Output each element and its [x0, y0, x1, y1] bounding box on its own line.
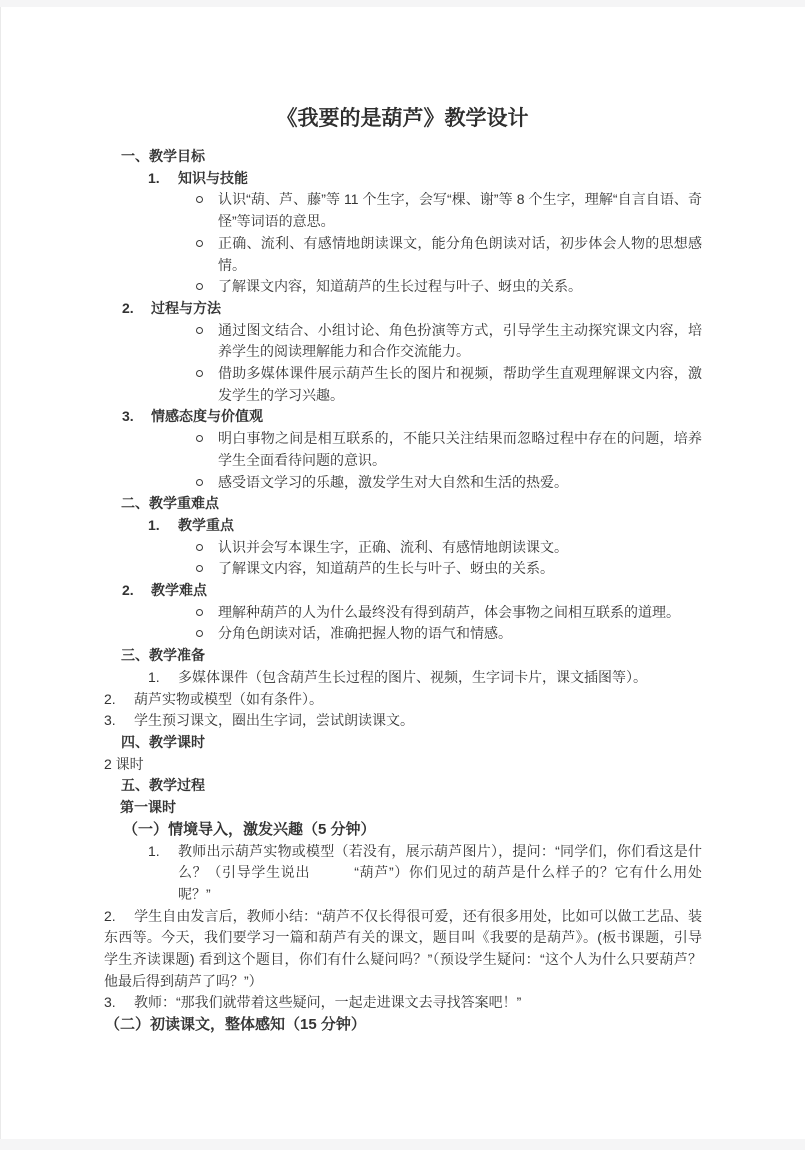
- doc-line: 认识“葫、芦、藤”等 11 个生字，会写“棵、谢”等 8 个生字，理解“自言自语…: [103, 189, 702, 232]
- list-number: 1.: [148, 667, 178, 689]
- doc-line: 明白事物之间是相互联系的，不能只关注结果而忽略过程中存在的问题，培养学生全面看待…: [103, 428, 702, 471]
- doc-line: 了解课文内容，知道葫芦的生长过程与叶子、蚜虫的关系。: [103, 276, 702, 298]
- list-number: 3.: [104, 992, 134, 1014]
- line-text: 认识“葫、芦、藤”等 11 个生字，会写“棵、谢”等 8 个生字，理解“自言自语…: [218, 189, 702, 232]
- bullet-circle-icon: [196, 602, 218, 616]
- bullet-circle-icon: [196, 472, 218, 486]
- doc-line: 3.教师：“那我们就带着这些疑问，一起走进课文去寻找答案吧！”: [103, 992, 702, 1014]
- doc-line: （一）情境导入，激发兴趣（5 分钟）: [103, 819, 702, 841]
- page-title: 《我要的是葫芦》教学设计: [103, 104, 702, 134]
- list-number: 1.: [148, 841, 178, 863]
- doc-line: 正确、流利、有感情地朗读课文，能分角色朗读对话，初步体会人物的思想感情。: [103, 233, 702, 276]
- line-text: 了解课文内容，知道葫芦的生长与叶子、蚜虫的关系。: [218, 558, 702, 580]
- line-text: 明白事物之间是相互联系的，不能只关注结果而忽略过程中存在的问题，培养学生全面看待…: [218, 428, 702, 471]
- doc-line: 五、教学过程: [103, 775, 702, 797]
- line-text: 理解种葫芦的人为什么最终没有得到葫芦，体会事物之间相互联系的道理。: [218, 602, 702, 624]
- line-text: 教师：“那我们就带着这些疑问，一起走进课文去寻找答案吧！”: [134, 994, 521, 1010]
- doc-line: 了解课文内容，知道葫芦的生长与叶子、蚜虫的关系。: [103, 558, 702, 580]
- doc-line: 1.知识与技能: [103, 168, 702, 190]
- line-text: 通过图文结合、小组讨论、角色扮演等方式，引导学生主动探究课文内容，培养学生的阅读…: [218, 320, 702, 363]
- doc-line: 1.教学重点: [103, 515, 702, 537]
- doc-line: 通过图文结合、小组讨论、角色扮演等方式，引导学生主动探究课文内容，培养学生的阅读…: [103, 320, 702, 363]
- doc-line: 2.葫芦实物或模型（如有条件）。: [103, 689, 702, 711]
- bullet-circle-icon: [196, 623, 218, 637]
- list-number: 2.: [122, 298, 151, 320]
- bullet-circle-icon: [196, 233, 218, 247]
- line-text: 了解课文内容，知道葫芦的生长过程与叶子、蚜虫的关系。: [218, 276, 702, 298]
- line-text: 分角色朗读对话，准确把握人物的语气和情感。: [218, 623, 702, 645]
- line-text: 学生自由发言后，教师小结：“葫芦不仅长得很可爱，还有很多用处，比如可以做工艺品、…: [104, 908, 702, 989]
- bullet-circle-icon: [196, 537, 218, 551]
- bullet-circle-icon: [196, 320, 218, 334]
- line-text: 多媒体课件（包含葫芦生长过程的图片、视频，生字词卡片，课文插图等）。: [178, 667, 702, 689]
- line-text: 认识并会写本课生字，正确、流利、有感情地朗读课文。: [218, 537, 702, 559]
- doc-line: 2 课时: [103, 754, 702, 776]
- line-text: 教师出示葫芦实物或模型（若没有，展示葫芦图片），提问：“同学们，你们看这是什么？…: [178, 841, 702, 906]
- doc-line: （二）初读课文，整体感知（15 分钟）: [103, 1014, 702, 1036]
- doc-line: 借助多媒体课件展示葫芦生长的图片和视频，帮助学生直观理解课文内容，激发学生的学习…: [103, 363, 702, 406]
- line-text: 葫芦实物或模型（如有条件）。: [134, 691, 323, 707]
- bullet-circle-icon: [196, 276, 218, 290]
- line-text: 教学重点: [178, 515, 702, 537]
- list-number: 2.: [122, 580, 151, 602]
- list-number: 1.: [148, 168, 178, 190]
- doc-line: 2.过程与方法: [103, 298, 702, 320]
- list-number: 2.: [104, 689, 134, 711]
- doc-line: 四、教学课时: [103, 732, 702, 754]
- doc-line: 认识并会写本课生字，正确、流利、有感情地朗读课文。: [103, 537, 702, 559]
- doc-line: 理解种葫芦的人为什么最终没有得到葫芦，体会事物之间相互联系的道理。: [103, 602, 702, 624]
- doc-line: 第一课时: [103, 797, 702, 819]
- bullet-circle-icon: [196, 189, 218, 203]
- bullet-circle-icon: [196, 363, 218, 377]
- line-text: 感受语文学习的乐趣，激发学生对大自然和生活的热爱。: [218, 472, 702, 494]
- line-text: 过程与方法: [151, 298, 702, 320]
- bullet-circle-icon: [196, 428, 218, 442]
- doc-line: 分角色朗读对话，准确把握人物的语气和情感。: [103, 623, 702, 645]
- document-body: 一、教学目标1.知识与技能认识“葫、芦、藤”等 11 个生字，会写“棵、谢”等 …: [103, 146, 702, 1036]
- list-number: 1.: [148, 515, 178, 537]
- line-text: 学生预习课文，圈出生字词，尝试朗读课文。: [134, 712, 414, 728]
- doc-line: 1.教师出示葫芦实物或模型（若没有，展示葫芦图片），提问：“同学们，你们看这是什…: [103, 841, 702, 906]
- doc-line: 三、教学准备: [103, 645, 702, 667]
- list-number: 2.: [104, 906, 134, 928]
- line-text: 情感态度与价值观: [151, 406, 702, 428]
- list-number: 3.: [104, 710, 134, 732]
- line-text: 教学难点: [151, 580, 702, 602]
- doc-line: 一、教学目标: [103, 146, 702, 168]
- line-text: 正确、流利、有感情地朗读课文，能分角色朗读对话，初步体会人物的思想感情。: [218, 233, 702, 276]
- document-page: 《我要的是葫芦》教学设计 一、教学目标1.知识与技能认识“葫、芦、藤”等 11 …: [0, 7, 805, 1139]
- doc-line: 2.学生自由发言后，教师小结：“葫芦不仅长得很可爱，还有很多用处，比如可以做工艺…: [103, 906, 702, 993]
- document-content: 《我要的是葫芦》教学设计 一、教学目标1.知识与技能认识“葫、芦、藤”等 11 …: [1, 7, 805, 1036]
- doc-line: 1.多媒体课件（包含葫芦生长过程的图片、视频，生字词卡片，课文插图等）。: [103, 667, 702, 689]
- doc-line: 感受语文学习的乐趣，激发学生对大自然和生活的热爱。: [103, 472, 702, 494]
- doc-line: 二、教学重难点: [103, 493, 702, 515]
- doc-line: 3.学生预习课文，圈出生字词，尝试朗读课文。: [103, 710, 702, 732]
- doc-line: 3.情感态度与价值观: [103, 406, 702, 428]
- line-text: 借助多媒体课件展示葫芦生长的图片和视频，帮助学生直观理解课文内容，激发学生的学习…: [218, 363, 702, 406]
- list-number: 3.: [122, 406, 151, 428]
- line-text: 知识与技能: [178, 168, 702, 190]
- bullet-circle-icon: [196, 558, 218, 572]
- doc-line: 2.教学难点: [103, 580, 702, 602]
